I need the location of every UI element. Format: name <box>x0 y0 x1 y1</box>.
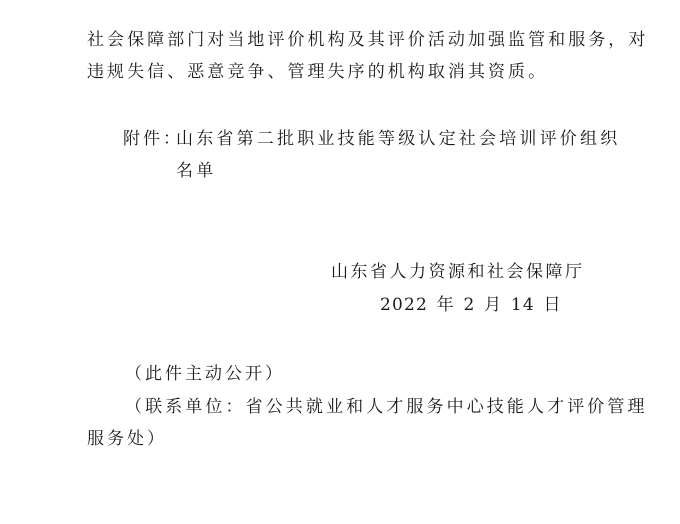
contact-line: （联系单位：省公共就业和人才服务中心技能人才评价管理 <box>125 397 648 417</box>
attachment-title-line: 山东省第二批职业技能等级认定社会培训评价组织 <box>176 129 620 149</box>
issuing-authority: 山东省人力资源和社会保障厅 <box>331 262 585 282</box>
paragraph-line: 违规失信、恶意竞争、管理失序的机构取消其资质。 <box>87 62 548 82</box>
attachment-title-line: 名单 <box>176 161 216 181</box>
attachment-label: 附件： <box>123 129 183 149</box>
public-notice: （此件主动公开） <box>125 364 285 384</box>
contact-line: 服务处） <box>87 429 167 449</box>
paragraph-line: 社会保障部门对当地评价机构及其评价活动加强监管和服务，对 <box>87 30 648 50</box>
issue-date: 2022 年 2 月 14 日 <box>380 295 562 315</box>
